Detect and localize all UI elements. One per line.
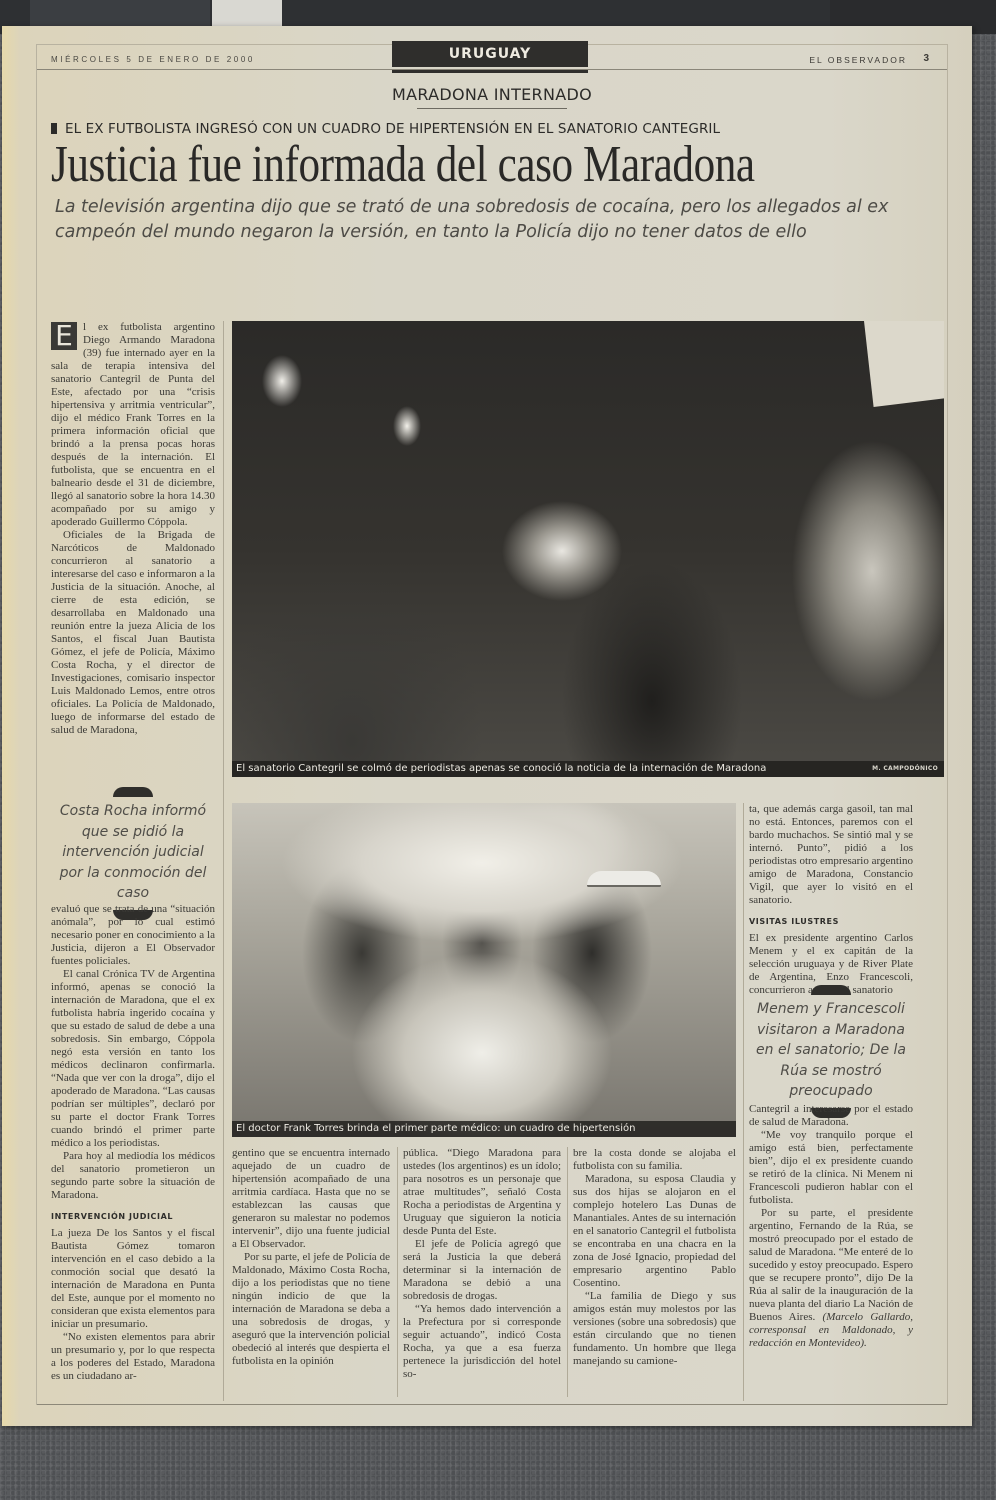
paragraph: Por su parte, el presidente argentino, F… (749, 1207, 913, 1350)
article-column-3: pública. “Diego Maradona para ustedes (l… (403, 1147, 561, 1381)
paragraph: bre la costa donde se alojaba el futboli… (573, 1147, 736, 1173)
photo-press-crowd: El sanatorio Cantegril se colmó de perio… (232, 321, 944, 777)
kicker-rule (417, 108, 567, 109)
article-column-4: bre la costa donde se alojaba el futboli… (573, 1147, 736, 1368)
paragraph: Por su parte, el jefe de Policía de Mald… (232, 1251, 390, 1368)
section-rule (392, 70, 588, 73)
paragraph: Para hoy al mediodía los médicos del san… (51, 1150, 215, 1202)
section-label: URUGUAY (392, 41, 588, 67)
article-column-5: ta, que además carga gasoil, tan mal no … (749, 803, 913, 997)
pull-quote-cap-icon (811, 985, 851, 995)
pull-quote: Menem y Francescoli visitaron a Maradona… (749, 985, 913, 1118)
paragraph: ta, que además carga gasoil, tan mal no … (749, 803, 913, 907)
dateline: MIÉRCOLES 5 DE ENERO DE 2000 (51, 55, 255, 64)
newspaper-page: MIÉRCOLES 5 DE ENERO DE 2000 URUGUAY EL … (2, 26, 972, 1426)
drop-cap: E (51, 322, 77, 350)
kicker: MARADONA INTERNADO (37, 85, 947, 104)
article-column-5-cont: Cantegril a interesarse por el estado de… (749, 1103, 913, 1350)
page-number: 3 (923, 53, 929, 64)
photo-caption: El sanatorio Cantegril se colmó de perio… (232, 761, 944, 777)
page-frame: MIÉRCOLES 5 DE ENERO DE 2000 URUGUAY EL … (36, 44, 948, 1405)
lamp-shape (587, 871, 661, 887)
paragraph: Oficiales de la Brigada de Narcóticos de… (51, 529, 215, 737)
photo-corner (864, 321, 944, 407)
pull-quote-cap-icon (113, 787, 153, 797)
paragraph: “No existen elementos para abrir un pres… (51, 1331, 215, 1383)
pull-quote: Costa Rocha informó que se pidió la inte… (51, 787, 215, 920)
bottom-rule (37, 1404, 947, 1405)
paragraph: “Me voy tranquilo porque el amigo está b… (749, 1129, 913, 1207)
paragraph: pública. “Diego Maradona para ustedes (l… (403, 1147, 561, 1238)
pull-quote-text: Menem y Francescoli visitaron a Maradona… (749, 999, 913, 1102)
square-bullet-icon (51, 123, 57, 134)
paragraph: La jueza De los Santos y el fiscal Bauti… (51, 1227, 215, 1331)
paragraph: El jefe de Policía agregó que será la Ju… (403, 1238, 561, 1303)
subheadline: La televisión argentina dijo que se trat… (55, 195, 935, 245)
paragraph: Cantegril a interesarse por el estado de… (749, 1103, 913, 1129)
pull-quote-text: Costa Rocha informó que se pidió la inte… (51, 801, 215, 904)
section-subhead: VISITAS ILUSTRES (749, 915, 913, 928)
paragraph: Maradona, su esposa Claudia y sus dos hi… (573, 1173, 736, 1290)
article-column-2: gentino que se encuentra internado aquej… (232, 1147, 390, 1368)
paragraph: evaluó que se trata de una “situación an… (51, 903, 215, 968)
column-rule (223, 321, 224, 1401)
section-subhead: INTERVENCIÓN JUDICIAL (51, 1210, 215, 1223)
photo-credit: M. CAMPODÓNICO (872, 761, 938, 777)
article-column-1: El ex futbolista argentino Diego Armando… (51, 321, 215, 737)
paragraph: El ex futbolista argentino Diego Armando… (51, 321, 215, 529)
paragraph: “La familia de Diego y sus amigos están … (573, 1290, 736, 1368)
headline: Justicia fue informada del caso Maradona (51, 135, 798, 194)
paragraph: El canal Crónica TV de Argentina informó… (51, 968, 215, 1150)
column-rule (567, 1147, 568, 1397)
column-rule (743, 803, 744, 1401)
paragraph: “Ya hemos dado intervención a la Prefect… (403, 1303, 561, 1381)
paragraph: gentino que se encuentra internado aquej… (232, 1147, 390, 1251)
article-column-1-cont: evaluó que se trata de una “situación an… (51, 903, 215, 1383)
photo-medical-report: El doctor Frank Torres brinda el primer … (232, 803, 736, 1137)
paper-name: EL OBSERVADOR (809, 55, 907, 65)
photo-caption: El doctor Frank Torres brinda el primer … (232, 1121, 736, 1137)
column-rule (397, 1147, 398, 1397)
